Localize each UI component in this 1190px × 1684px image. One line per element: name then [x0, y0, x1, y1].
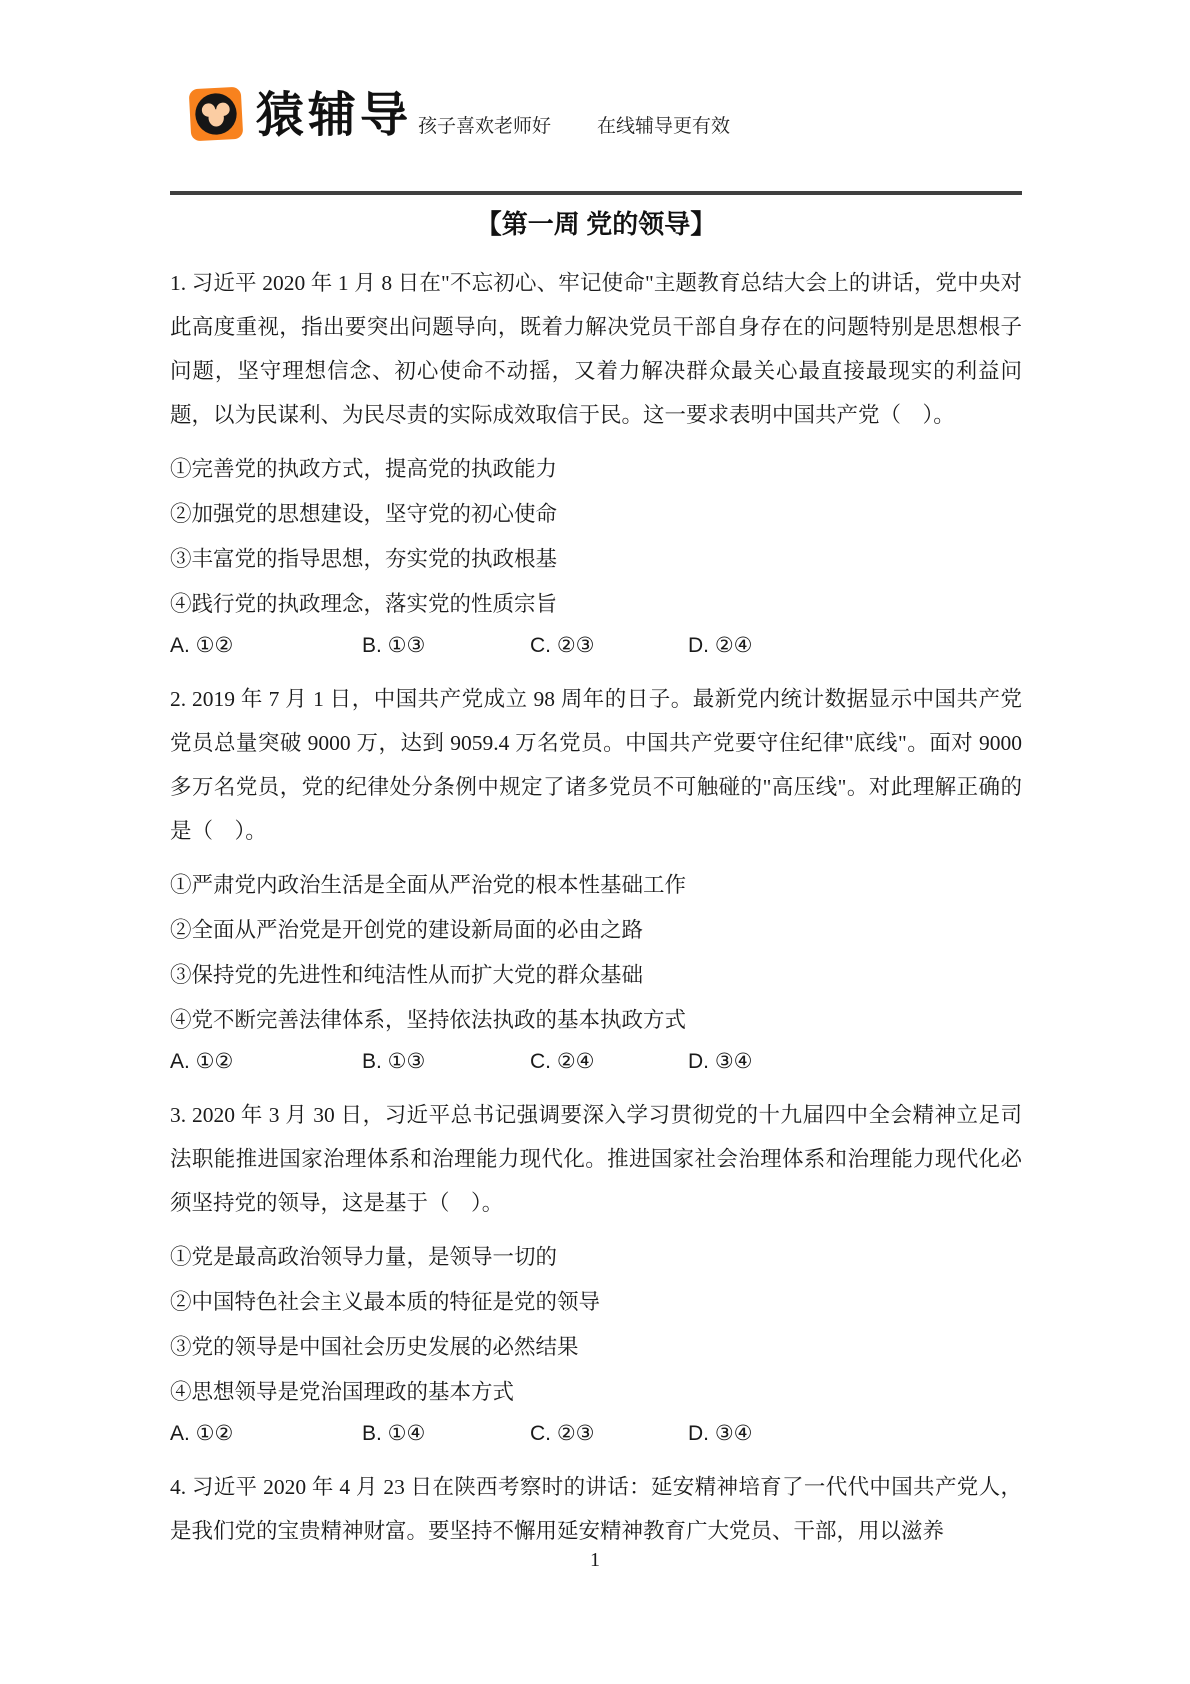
question-stem: 2. 2019 年 7 月 1 日，中国共产党成立 98 周年的日子。最新党内统… [170, 677, 1022, 853]
question-item: ③丰富党的指导思想，夯实党的执政根基 [170, 537, 1022, 582]
choice-option: C. ②③ [530, 1421, 688, 1447]
question-stem: 3. 2020 年 3 月 30 日，习近平总书记强调要深入学习贯彻党的十九届四… [170, 1093, 1022, 1225]
question-block: 1. 习近平 2020 年 1 月 8 日在"不忘初心、牢记使命"主题教育总结大… [170, 261, 1022, 659]
question-block: 2. 2019 年 7 月 1 日，中国共产党成立 98 周年的日子。最新党内统… [170, 677, 1022, 1075]
question-item: ②加强党的思想建设，坚守党的初心使命 [170, 492, 1022, 537]
answer-choices: A. ①②B. ①③C. ②④D. ③④ [170, 1049, 1022, 1075]
choice-option: D. ③④ [688, 1421, 753, 1447]
question-item: ①严肃党内政治生活是全面从严治党的根本性基础工作 [170, 863, 1022, 908]
answer-choices: A. ①②B. ①③C. ②③D. ②④ [170, 633, 1022, 659]
brand-row: 猿辅导 孩子喜欢老师好 在线辅导更有效 [170, 0, 1022, 140]
question-item: ②中国特色社会主义最本质的特征是党的领导 [170, 1280, 1022, 1325]
question-item: ④思想领导是党治国理政的基本方式 [170, 1370, 1022, 1415]
worksheet-page: 猿辅导 孩子喜欢老师好 在线辅导更有效 【第一周 党的领导】 1. 习近平 20… [0, 0, 1190, 1684]
tagline-left: 孩子喜欢老师好 [418, 111, 551, 138]
question-item: ①完善党的执政方式，提高党的执政能力 [170, 447, 1022, 492]
question-block: 3. 2020 年 3 月 30 日，习近平总书记强调要深入学习贯彻党的十九届四… [170, 1093, 1022, 1447]
question-items: ①严肃党内政治生活是全面从严治党的根本性基础工作②全面从严治党是开创党的建设新局… [170, 863, 1022, 1043]
choice-option: C. ②④ [530, 1049, 688, 1075]
yuanfudao-logo [189, 87, 244, 142]
worksheet-title: 【第一周 党的领导】 [170, 207, 1022, 243]
question-item: ①党是最高政治领导力量，是领导一切的 [170, 1235, 1022, 1280]
page-header: 猿辅导 孩子喜欢老师好 在线辅导更有效 [170, 0, 1022, 195]
choice-option: B. ①③ [362, 1049, 530, 1075]
choice-option: A. ①② [170, 1049, 362, 1075]
choice-option: B. ①④ [362, 1421, 530, 1447]
question-block: 4. 习近平 2020 年 4 月 23 日在陕西考察时的讲话：延安精神培育了一… [170, 1465, 1022, 1553]
choice-option: D. ③④ [688, 1049, 753, 1075]
choice-option: A. ①② [170, 1421, 362, 1447]
question-stem: 1. 习近平 2020 年 1 月 8 日在"不忘初心、牢记使命"主题教育总结大… [170, 261, 1022, 437]
answer-choices: A. ①②B. ①④C. ②③D. ③④ [170, 1421, 1022, 1447]
question-item: ④践行党的执政理念，落实党的性质宗旨 [170, 582, 1022, 627]
question-item: ③党的领导是中国社会历史发展的必然结果 [170, 1325, 1022, 1370]
tagline-right: 在线辅导更有效 [597, 111, 730, 138]
choice-option: C. ②③ [530, 633, 688, 659]
question-item: ②全面从严治党是开创党的建设新局面的必由之路 [170, 908, 1022, 953]
question-stem: 4. 习近平 2020 年 4 月 23 日在陕西考察时的讲话：延安精神培育了一… [170, 1465, 1022, 1553]
question-items: ①党是最高政治领导力量，是领导一切的②中国特色社会主义最本质的特征是党的领导③党… [170, 1235, 1022, 1415]
page-number: 1 [0, 1549, 1190, 1572]
choice-option: D. ②④ [688, 633, 753, 659]
choice-option: B. ①③ [362, 633, 530, 659]
choice-option: A. ①② [170, 633, 362, 659]
question-item: ③保持党的先进性和纯洁性从而扩大党的群众基础 [170, 953, 1022, 998]
brand-name: 猿辅导 [256, 92, 412, 140]
question-item: ④党不断完善法律体系，坚持依法执政的基本执政方式 [170, 998, 1022, 1043]
brand-tagline: 孩子喜欢老师好 在线辅导更有效 [418, 111, 730, 140]
header-divider [170, 191, 1022, 195]
question-items: ①完善党的执政方式，提高党的执政能力②加强党的思想建设，坚守党的初心使命③丰富党… [170, 447, 1022, 627]
monkey-face-icon [191, 89, 241, 139]
questions: 1. 习近平 2020 年 1 月 8 日在"不忘初心、牢记使命"主题教育总结大… [170, 261, 1022, 1553]
